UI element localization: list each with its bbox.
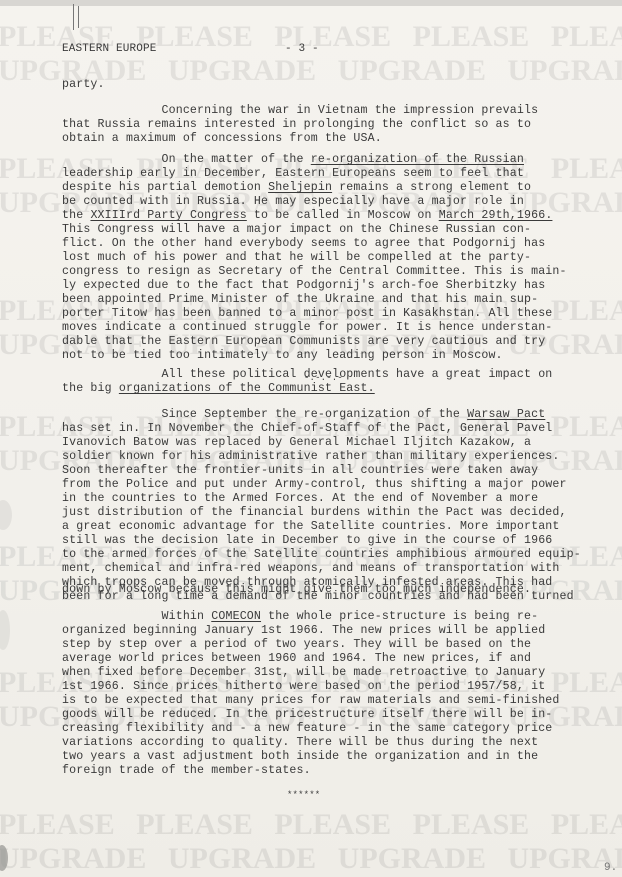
text-line: that Russia remains interested in prolon… [62,118,531,133]
page-number: 9. [604,862,617,874]
text-line: obtain a maximum of concessions from the… [62,132,382,147]
text-line: two years a vast adjustment both inside … [62,750,538,765]
text-line: moves indicate a continued struggle for … [62,321,552,336]
text-line: All these political developments have a … [62,368,552,383]
text-line: lost much of his power and that he will … [62,251,531,266]
text-line: just distribution of the financial burde… [62,506,567,521]
text-line: the big organizations of the Communist E… [62,382,375,397]
text-line: congress to resign as Secretary of the C… [62,265,567,280]
section-header: EASTERN EUROPE [62,42,157,57]
text-line: Within COMECON the whole price-structure… [62,610,538,625]
underlined-phrase: organizations of the Communist East. [119,382,375,395]
text-line: despite his partial demotion Sheljepin r… [62,181,531,196]
underlined-phrase: COMECON [211,610,261,623]
text-span: Within [62,610,211,623]
margin-marks [70,4,80,32]
page-label: - 3 - [285,42,319,57]
text-line: Since September the re-organization of t… [62,408,545,423]
underlined-phrase: March 29th,1966. [439,209,553,222]
text-line: ment, chemical and infra-red weapons, an… [62,562,560,577]
text-line: the XXIIIrd Party Congress to be called … [62,209,552,224]
text-line: from the Police and put under Army-contr… [62,478,567,493]
text-line: down by Moscow because this might give t… [62,583,531,598]
text-line: is to be expected that many prices for r… [62,694,560,709]
text-line: foreign trade of the member-states. [62,764,311,779]
text-line: be counted with in Russia. He may especi… [62,195,524,210]
text-line: Soon thereafter the frontier-units in al… [62,464,538,479]
text-span: Since September the re-organization of t… [62,408,467,421]
text-line: has set in. In November the Chief-of-Sta… [62,422,552,437]
text-span: remains a strong element to [332,181,531,194]
text-line: a great economic advantage for the Satel… [62,520,560,535]
text-span: despite his partial demotion [62,181,268,194]
end-separator: ****** [287,788,320,803]
text-line: porter Titow has been banned to a minor … [62,307,552,322]
text-line: 1st 1966. Since prices hitherto were bas… [62,680,545,695]
text-line: On the matter of the re-organization of … [62,153,524,168]
text-line: to the armed forces of the Satellite cou… [62,548,581,563]
text-line: been appointed Prime Minister of the Ukr… [62,293,538,308]
text-line: still was the decision late in December … [62,534,552,549]
text-span: On the matter of the [62,153,311,166]
continuation-text: party. [62,78,105,93]
text-line: organized beginning January 1st 1966. Th… [62,624,545,639]
text-line: leadership early in December, Eastern Eu… [62,167,524,182]
text-line: in the countries to the Armed Forces. At… [62,492,538,507]
underlined-phrase: Sheljepin [268,181,332,194]
text-line: variations according to quality. There w… [62,736,538,751]
underlined-phrase: re-organization of the Russian [311,153,524,166]
text-span: the big [62,382,119,395]
text-line: not to be tied too intimately to any lea… [62,349,503,364]
underlined-phrase: Warsaw Pact [467,408,545,421]
text-line: when fixed before December 31st, will be… [62,666,545,681]
text-line: creasing flexibility and - a new feature… [62,722,552,737]
text-line: step by step over a period of two years.… [62,638,531,653]
text-line: Ivanovich Batow was replaced by General … [62,436,531,451]
text-line: ly expected due to the fact that Podgorn… [62,279,545,294]
text-line: This Congress will have a major impact o… [62,223,531,238]
text-span: the [62,209,90,222]
text-line: soldier known for his administrative rat… [62,450,560,465]
text-line: goods will be reduced. In the pricestruc… [62,708,552,723]
text-line: Concerning the war in Vietnam the impres… [62,104,538,119]
underlined-phrase: XXIIIrd Party Congress [90,209,246,222]
text-line: flict. On the other hand everybody seems… [62,237,545,252]
text-line: dable that the Eastern European Communis… [62,335,545,350]
text-span: to be called in Moscow on [247,209,439,222]
text-span: the whole price-structure is being re- [261,610,538,623]
text-line: average world prices between 1960 and 19… [62,652,531,667]
